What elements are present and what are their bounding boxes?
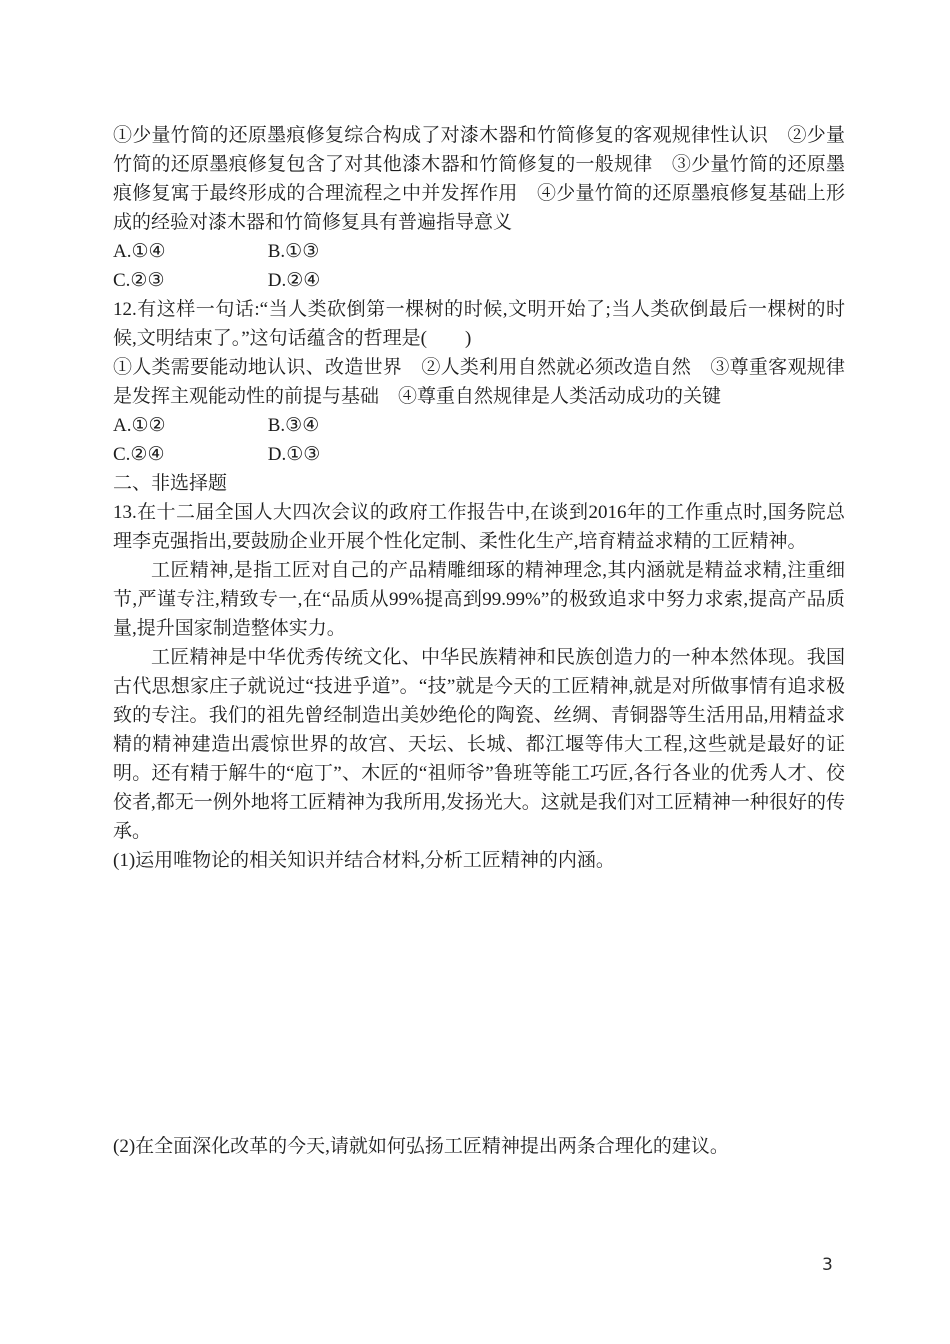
q13-material-paragraph-1: 工匠精神,是指工匠对自己的产品精雕细琢的精神理念,其内涵就是精益求精,注重细节,… [113, 556, 845, 643]
page-number: 3 [822, 1255, 833, 1275]
q11-choice-a: A.①④ [113, 237, 263, 266]
q13-sub-question-1: (1)运用唯物论的相关知识并结合材料,分析工匠精神的内涵。 [113, 846, 845, 875]
q11-option-statements: ①少量竹简的还原墨痕修复综合构成了对漆木器和竹简修复的客观规律性认识 ②少量竹简… [113, 121, 845, 237]
q12-stem: 12.有这样一句话:“当人类砍倒第一棵树的时候,文明开始了;当人类砍倒最后一棵树… [113, 295, 845, 353]
q12-choices-row-1: A.①② B.③④ [113, 411, 845, 440]
q12-choice-d: D.①③ [268, 440, 321, 469]
q13-material-paragraph-2: 工匠精神是中华优秀传统文化、中华民族精神和民族创造力的一种本然体现。我国古代思想… [113, 643, 845, 846]
q13-intro: 13.在十二届全国人大四次会议的政府工作报告中,在谈到2016年的工作重点时,国… [113, 498, 845, 556]
q11-choices-row-1: A.①④ B.①③ [113, 237, 845, 266]
q11-choice-d: D.②④ [268, 266, 321, 295]
q12-choices-row-2: C.②④ D.①③ [113, 440, 845, 469]
q13-sub-question-2: (2)在全面深化改革的今天,请就如何弘扬工匠精神提出两条合理化的建议。 [113, 1132, 845, 1161]
q11-choices-row-2: C.②③ D.②④ [113, 266, 845, 295]
section-title-non-choice: 二、非选择题 [113, 469, 845, 498]
q12-choice-b: B.③④ [268, 411, 320, 440]
document-page: ①少量竹简的还原墨痕修复综合构成了对漆木器和竹简修复的客观规律性认识 ②少量竹简… [0, 0, 950, 1344]
q11-choice-b: B.①③ [268, 237, 320, 266]
q12-option-statements: ①人类需要能动地认识、改造世界 ②人类利用自然就必须改造自然 ③尊重客观规律是发… [113, 353, 845, 411]
q11-choice-c: C.②③ [113, 266, 263, 295]
q12-choice-c: C.②④ [113, 440, 263, 469]
q12-choice-a: A.①② [113, 411, 263, 440]
document-content: ①少量竹简的还原墨痕修复综合构成了对漆木器和竹简修复的客观规律性认识 ②少量竹简… [113, 121, 845, 1161]
